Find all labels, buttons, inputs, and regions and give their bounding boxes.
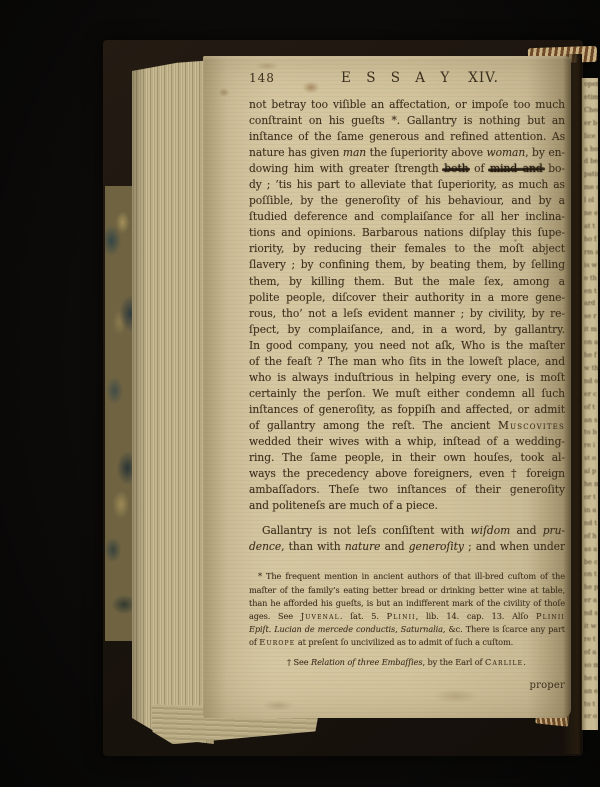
facing-page-text-fragment: as a <box>582 543 598 556</box>
text-line: not betray too viſible an affectation, o… <box>249 97 565 113</box>
running-title: E S S A YXIV. <box>275 70 565 86</box>
text-line: ſlavery ; by confining them, by beating … <box>249 257 565 273</box>
text-line: who is always induſtrious in helping eve… <box>249 370 565 386</box>
book-photo: 148 E S S A YXIV. not betray too viſible… <box>0 0 600 787</box>
text-line: riority, by reducing their females to th… <box>249 241 565 257</box>
running-title-word: E S S A Y <box>341 70 452 86</box>
facing-page-text-fragment: or t <box>582 491 598 504</box>
facing-page-text-fragment: al p <box>582 465 598 478</box>
text-line: * The frequent mention in ancient author… <box>249 570 565 583</box>
text-line: of the feaſt ? The man who ſits in the l… <box>249 354 565 370</box>
facing-page-text-fragment: er b <box>582 117 598 130</box>
facing-page-text-fragment: l ol <box>582 194 598 207</box>
text-line: Epiſt. Lucian de mercede conductis, Satu… <box>249 623 565 636</box>
text-line: poſſible, by the generoſity of his behav… <box>249 193 565 209</box>
facing-page-text-fragment: it w <box>582 620 598 633</box>
text-line: ſpect, by complaiſance, and, in a word, … <box>249 322 565 338</box>
text-line: them, by killing them. But the male ſex,… <box>249 274 565 290</box>
facing-page-text-fragment: me o <box>582 181 598 194</box>
text-line: and politeneſs are much of a piece. <box>249 498 565 514</box>
text-line: wedded their wives with a whip, inſtead … <box>249 434 565 450</box>
facing-page-text-fragment: be c <box>582 556 598 569</box>
italic-text: nature <box>345 540 381 553</box>
text-line: dy ; ’tis his part to alleviate that ſup… <box>249 177 565 193</box>
gutter-shadow <box>563 54 582 754</box>
facing-page-text-fragment: so m <box>582 659 598 672</box>
ink-strikethrough: both <box>444 162 468 175</box>
italic-text: Epiſt. Lucian de mercede conductis, Satu… <box>249 624 445 634</box>
text-line: ring. The ſame people, in their own houſ… <box>249 450 565 466</box>
facing-page-text-fragment: he f <box>582 349 598 362</box>
facing-page-text-fragment: oper <box>582 78 598 91</box>
text-line: ſtudied deference and complaiſance for a… <box>249 209 565 225</box>
facing-page-text-fragment: on a <box>582 336 598 349</box>
facing-page-text-fragment: ard <box>582 297 598 310</box>
facing-page-text-fragment: on t <box>582 568 598 581</box>
facing-page-text-fragment: an s <box>582 414 598 427</box>
text-line: ages. See Juvenal. ſat. 5. Plinii, lib. … <box>249 610 565 623</box>
text-line: inſtances of generoſity, as foppiſh and … <box>249 402 565 418</box>
text-line: rous, tho’ not a leſs evident manner ; b… <box>249 306 565 322</box>
small-caps-text: Plinii <box>536 611 565 621</box>
facing-page-text-fragment: nd t <box>582 517 598 530</box>
italic-text: wiſdom <box>471 524 511 537</box>
facing-page-text-fragment: nd s <box>582 607 598 620</box>
italic-text: Relation of three Embaſſies <box>311 657 422 667</box>
facing-page-text-fragment: re t <box>582 633 598 646</box>
text-line: dowing him with greater ſtrength both of… <box>249 161 565 177</box>
facing-page-text-fragment: o th <box>582 272 598 285</box>
facing-page-text-fragment: to b <box>582 426 598 439</box>
small-caps-text: Carlile <box>485 657 523 667</box>
facing-page-text-fragment: ho f <box>582 233 598 246</box>
facing-page-text-fragment: of t <box>582 401 598 414</box>
facing-page-text-fragment: in a <box>582 504 598 517</box>
facing-page-text-fragment: it m <box>582 323 598 336</box>
body-text: not betray too viſible an affectation, o… <box>249 97 565 555</box>
text-line: Gallantry is not leſs conſiſtent with wi… <box>249 523 565 539</box>
footnote: † See Relation of three Embaſſies, by th… <box>249 656 565 669</box>
facing-page-text-fragment: he c <box>582 672 598 685</box>
text-line: of Europe at preſent ſo uncivilized as t… <box>249 636 565 649</box>
facing-page-text-fragment: se r <box>582 310 598 323</box>
facing-page-text-fragment: Ched <box>582 104 598 117</box>
facing-page-text-fragment: at t <box>582 220 598 233</box>
ink-strikethrough: mind and <box>490 162 543 175</box>
italic-text: dence <box>249 540 281 553</box>
facing-page-text-fragment: to t <box>582 698 598 711</box>
text-line: maſter of the family’s eating better bre… <box>249 584 565 597</box>
text-line: polite people, diſcover their authority … <box>249 290 565 306</box>
facing-page-text-fragment: lice <box>582 130 598 143</box>
text-line: ways the precedency above foreigners, ev… <box>249 466 565 482</box>
facing-page-text-fragment: an e <box>582 685 598 698</box>
paragraph: Gallantry is not leſs conſiſtent with wi… <box>249 523 565 555</box>
facing-page-text-fragment: he m <box>582 478 598 491</box>
catchword: proper <box>249 680 565 691</box>
small-caps-text: Plinii <box>387 611 416 621</box>
facing-page-text-fragment: he p <box>582 581 598 594</box>
text-block: 148 E S S A YXIV. not betray too viſible… <box>249 70 565 691</box>
text-line: † See Relation of three Embaſſies, by th… <box>249 656 565 669</box>
book-page: 148 E S S A YXIV. not betray too viſible… <box>203 56 571 718</box>
small-caps-text: Europe <box>259 637 295 647</box>
facing-page-text-fragment: is w <box>582 259 598 272</box>
facing-page-text-fragment: d be <box>582 155 598 168</box>
footnote: * The frequent mention in ancient author… <box>249 570 565 649</box>
text-line: certainly the perſon. We muſt either con… <box>249 386 565 402</box>
italic-text: woman <box>486 146 525 159</box>
facing-page-text-fragment: rm a <box>582 246 598 259</box>
text-line: In good company, you need not aſk, Who i… <box>249 338 565 354</box>
text-line: nature has given man the ſuperiority abo… <box>249 145 565 161</box>
text-line: dence, than with nature and generoſity ;… <box>249 539 565 555</box>
text-line: tions and opinions. Barbarous nations di… <box>249 225 565 241</box>
small-caps-text: Juvenal <box>301 611 340 621</box>
facing-page-text-fragment: etim <box>582 91 598 104</box>
facing-page-text-fragment: er o <box>582 710 598 723</box>
page-number: 148 <box>249 71 275 85</box>
fore-edge-pages <box>132 60 214 744</box>
facing-page-text-fragment: of h <box>582 530 598 543</box>
italic-text: generoſity <box>409 540 464 553</box>
facing-page-text-fragment: er a <box>582 594 598 607</box>
paragraph: not betray too viſible an affectation, o… <box>249 97 565 514</box>
facing-page-text-fragment: w th <box>582 362 598 375</box>
italic-text: pru- <box>543 524 565 537</box>
facing-page-text-fragment: en t <box>582 285 598 298</box>
text-line: of gallantry among the reſt. The ancient… <box>249 418 565 434</box>
running-title-numeral: XIV. <box>468 70 499 86</box>
text-line: than he afforded his gueſts, is but an i… <box>249 597 565 610</box>
text-line: ambaſſadors. Theſe two inſtances of thei… <box>249 482 565 498</box>
footnote-section: * The frequent mention in ancient author… <box>249 570 565 669</box>
facing-page-text-fragment: nd o <box>582 375 598 388</box>
text-line: conſtraint on his gueſts *. Gallantry is… <box>249 113 565 129</box>
facing-page-text-fragment: re i <box>582 439 598 452</box>
small-caps-text: Muscovites <box>498 419 565 432</box>
facing-page-text-fragment: st o <box>582 452 598 465</box>
facing-page-text-fragment: a hou <box>582 143 598 156</box>
page-header: 148 E S S A YXIV. <box>249 70 565 87</box>
facing-page-text-fragment: ne e <box>582 207 598 220</box>
text-line: inſtance of the ſame generous and refine… <box>249 129 565 145</box>
italic-text: man <box>343 146 366 159</box>
facing-page-text-fragment: er c <box>582 388 598 401</box>
facing-page-text-fragment: of a <box>582 646 598 659</box>
facing-page-sliver: operetimCheder blicea houd bepatinme ol … <box>581 78 598 730</box>
facing-page-text-fragment: patin <box>582 168 598 181</box>
